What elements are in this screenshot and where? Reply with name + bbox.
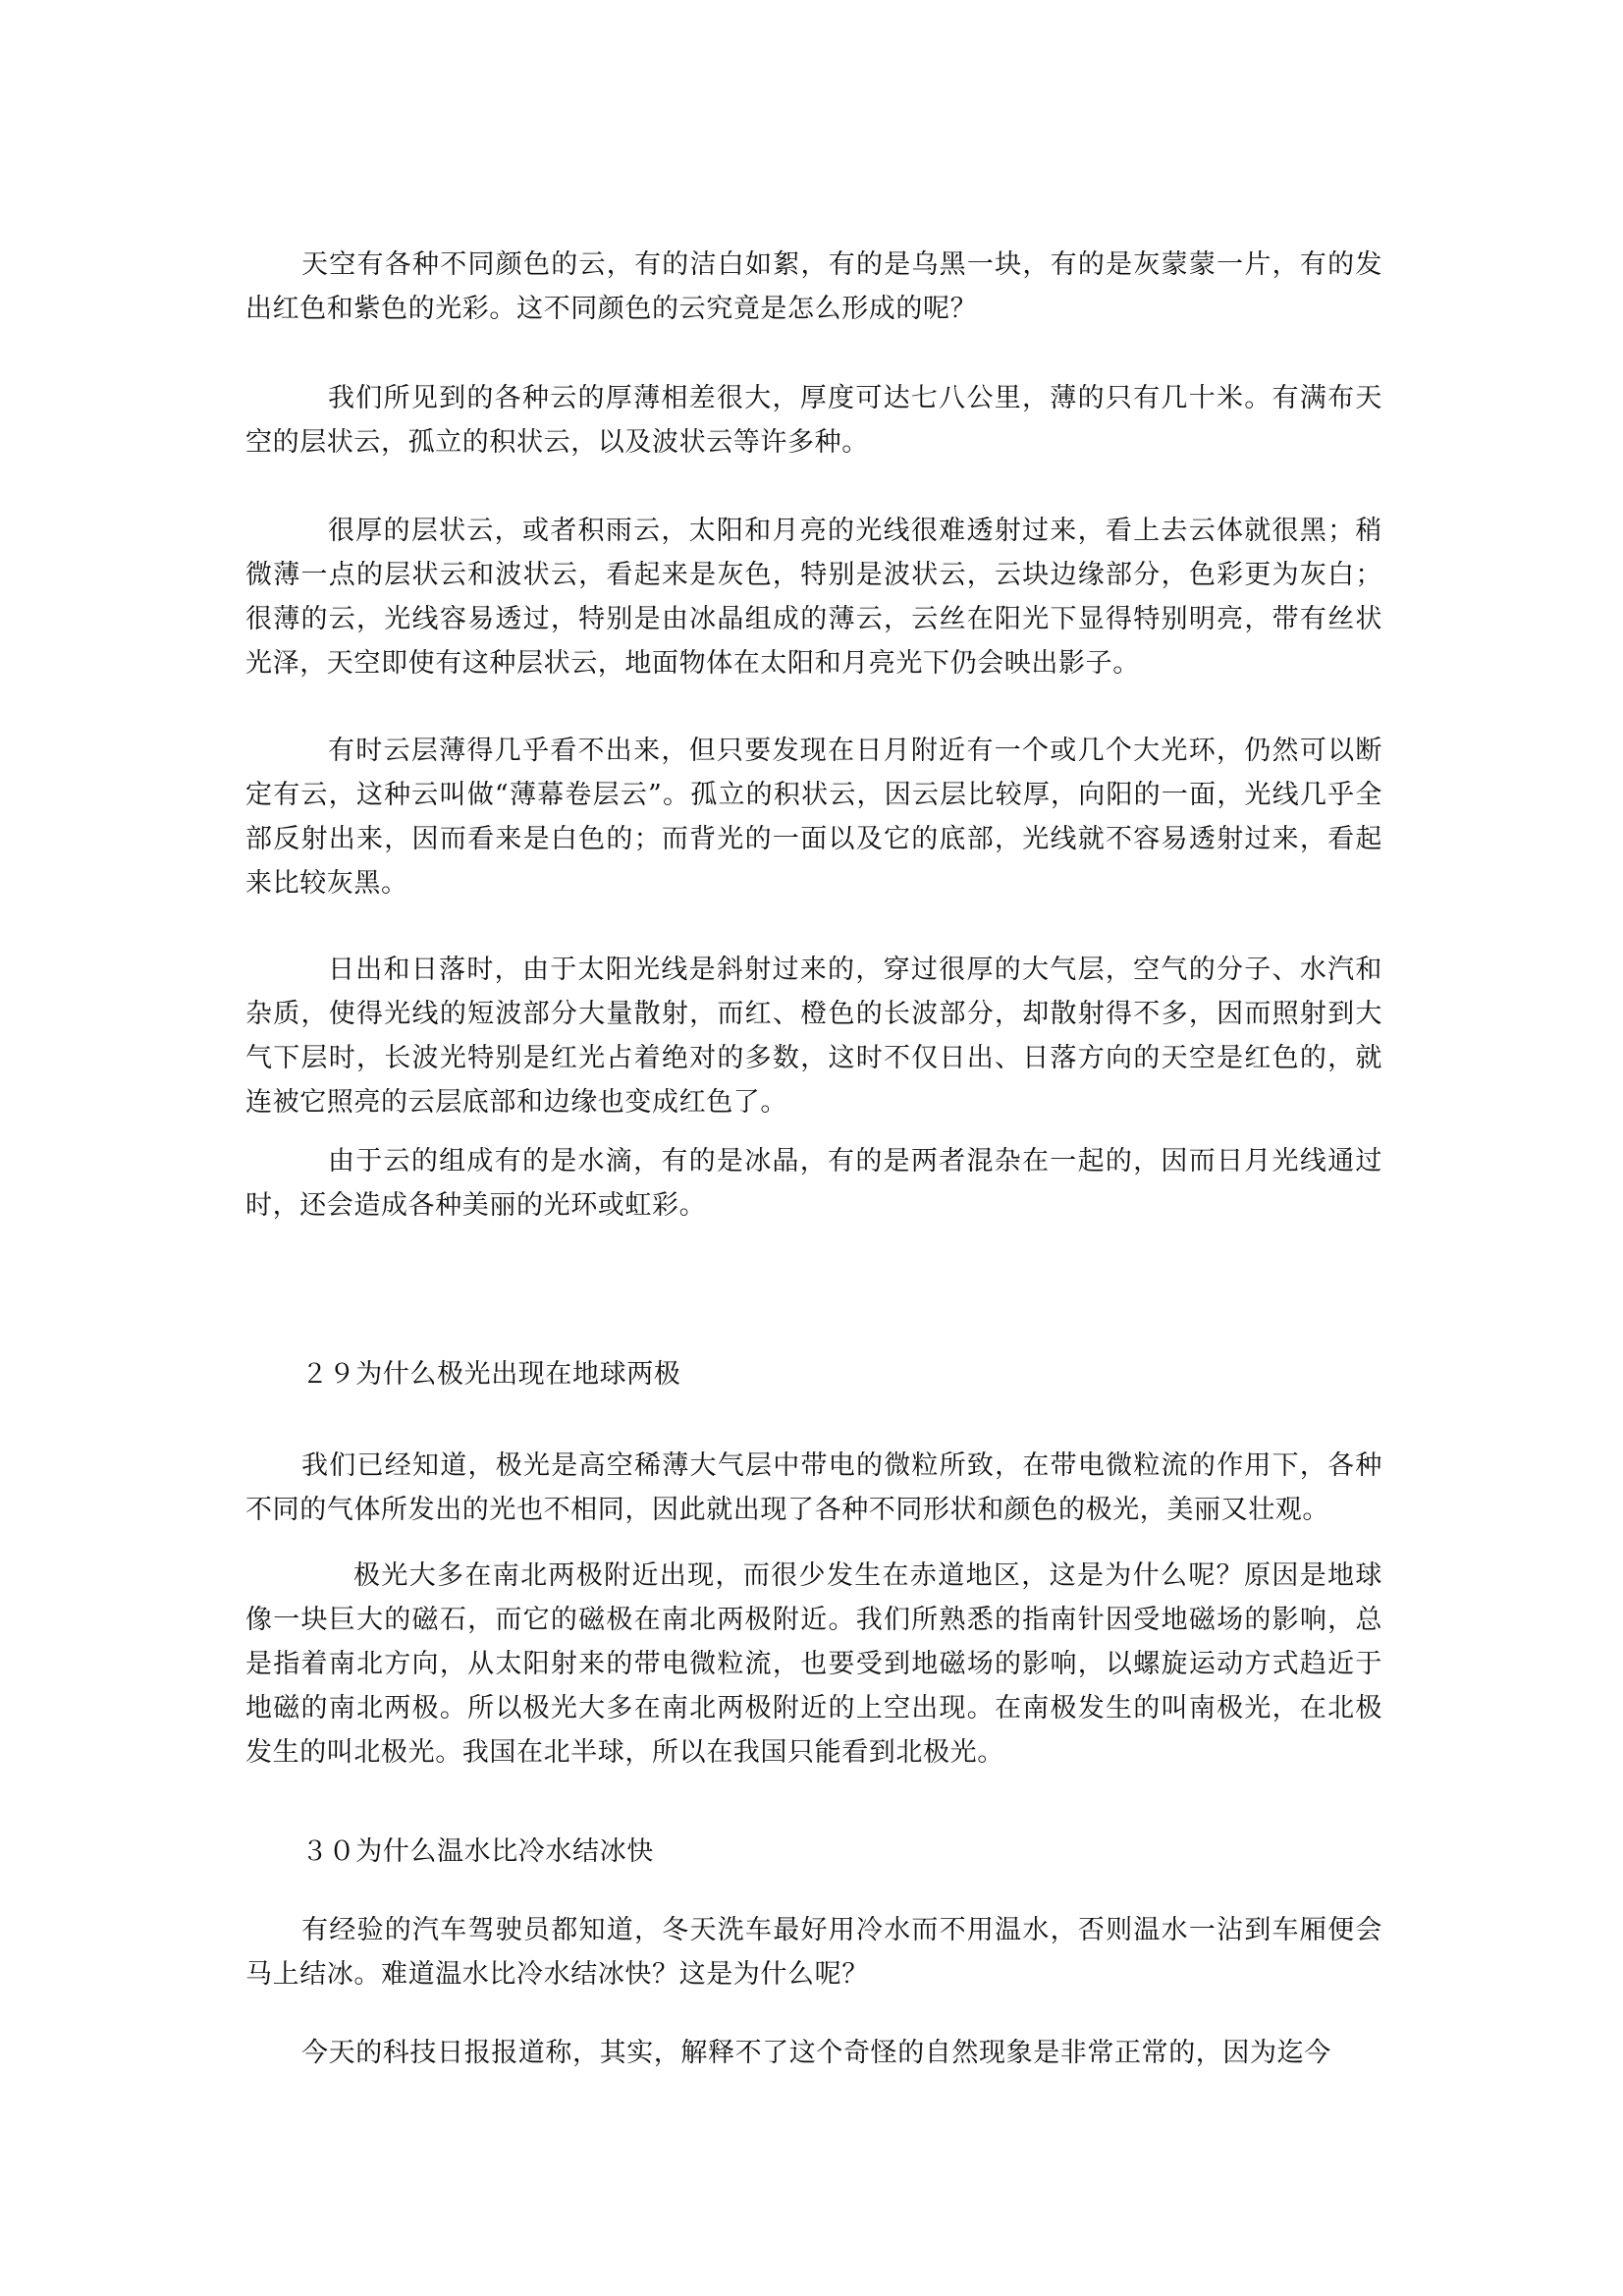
paragraph-aurora-origin: 我们已经知道，极光是高空稀薄大气层中带电的微粒所致，在带电微粒流的作用下，各种不… — [245, 1444, 1382, 1532]
paragraph-cirrostratus-halo: 有时云层薄得几乎看不出来，但只要发现在日月附近有一个或几个大光环，仍然可以断定有… — [245, 729, 1382, 905]
paragraph-halo-rainbow: 由于云的组成有的是水滴，有的是冰晶，有的是两者混杂在一起的，因而日月光线通过时，… — [245, 1139, 1382, 1228]
paragraph-layer-cloud-brightness: 很厚的层状云，或者积雨云，太阳和月亮的光线很难透射过来，看上去云体就很黑；稍微薄… — [245, 509, 1382, 685]
paragraph-aurora-poles: 极光大多在南北两极附近出现，而很少发生在赤道地区，这是为什么呢？原因是地球像一块… — [245, 1554, 1382, 1775]
paragraph-cloud-colors-intro: 天空有各种不同颜色的云，有的洁白如絮，有的是乌黑一块，有的是灰蒙蒙一片，有的发出… — [245, 243, 1382, 331]
paragraph-cloud-thickness: 我们所见到的各种云的厚薄相差很大，厚度可达七八公里，薄的只有几十米。有满布天空的… — [245, 376, 1382, 465]
paragraph-sunrise-sunset-red: 日出和日落时，由于太阳光线是斜射过来的，穿过很厚的大气层，空气的分子、水汽和杂质… — [245, 948, 1382, 1124]
paragraph-car-washing-ice: 有经验的汽车驾驶员都知道，冬天洗车最好用冷水而不用温水，否则温水一沾到车厢便会马… — [245, 1908, 1382, 1996]
section-heading-30-warm-water: ３０为什么温水比冷水结冰快 — [301, 1830, 654, 1874]
section-heading-29-aurora: ２９为什么极光出现在地球两极 — [301, 1352, 680, 1396]
paragraph-science-daily-report: 今天的科技日报报道称，其实，解释不了这个奇怪的自然现象是非常正常的，因为迄今 — [245, 2031, 1382, 2075]
